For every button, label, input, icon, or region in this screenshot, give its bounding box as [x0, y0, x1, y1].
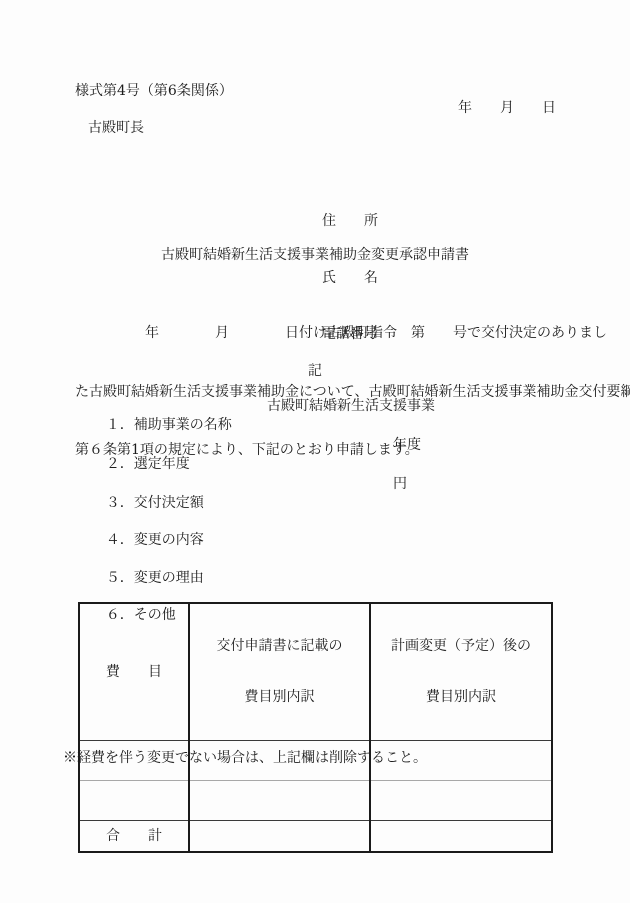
item-grant-amount: ３．交付決定額 円	[88, 475, 558, 495]
total-revised-cell	[370, 821, 552, 853]
expense-total-row: 合 計	[79, 821, 552, 853]
item-value: 年度	[393, 436, 421, 455]
footnote: ※経費を伴う変更でない場合は、上記欄は削除すること。	[63, 749, 427, 768]
expense-table-header-row: 費 目 交付申請書に記載の 費目別内訳 計画変更（予定）後の 費目別内訳	[79, 603, 552, 741]
item-value: 古殿町結婚新生活支援事業	[267, 397, 435, 416]
expense-row-2	[79, 781, 552, 821]
item-label: ５．変更の理由	[106, 570, 204, 586]
document-page: 様式第4号（第6条関係） 年 月 日 古殿町長 住 所 氏 名 電話番号 古殿町…	[0, 0, 630, 903]
item-label: １．補助事業の名称	[106, 417, 232, 433]
item-change-reason: ５．変更の理由	[88, 550, 558, 570]
original-breakdown-column-header: 交付申請書に記載の 費目別内訳	[189, 603, 370, 741]
form-number: 様式第4号（第6条関係）	[75, 82, 233, 101]
item-value: 円	[393, 475, 407, 494]
total-original-cell	[189, 821, 370, 853]
addressee-mayor: 古殿町長	[88, 119, 144, 138]
date-line: 年 月 日	[458, 99, 556, 118]
expense-item-cell	[79, 781, 189, 821]
address-label: 住 所	[322, 212, 378, 231]
item-label: ３．交付決定額	[106, 495, 204, 511]
page-title: 古殿町結婚新生活支援事業補助金変更承認申請書	[0, 246, 630, 265]
expense-table: 費 目 交付申請書に記載の 費目別内訳 計画変更（予定）後の 費目別内訳 合 計	[78, 602, 553, 853]
item-selection-year: ２．選定年度 年度	[88, 436, 558, 456]
ki-heading: 記	[0, 362, 630, 381]
item-label: ２．選定年度	[106, 456, 190, 472]
item-project-name: １．補助事業の名称 古殿町結婚新生活支援事業	[88, 397, 558, 417]
expense-item-column-header: 費 目	[79, 603, 189, 741]
revised-breakdown-cell	[370, 781, 552, 821]
revised-breakdown-column-header: 計画変更（予定）後の 費目別内訳	[370, 603, 552, 741]
body-line-1: 年 月 日付け古殿町指令 第 号で交付決定のありまし	[75, 323, 575, 344]
original-breakdown-cell	[189, 781, 370, 821]
total-label-cell: 合 計	[79, 821, 189, 853]
item-change-content: ４．変更の内容	[88, 512, 558, 532]
item-label: ４．変更の内容	[106, 532, 204, 548]
